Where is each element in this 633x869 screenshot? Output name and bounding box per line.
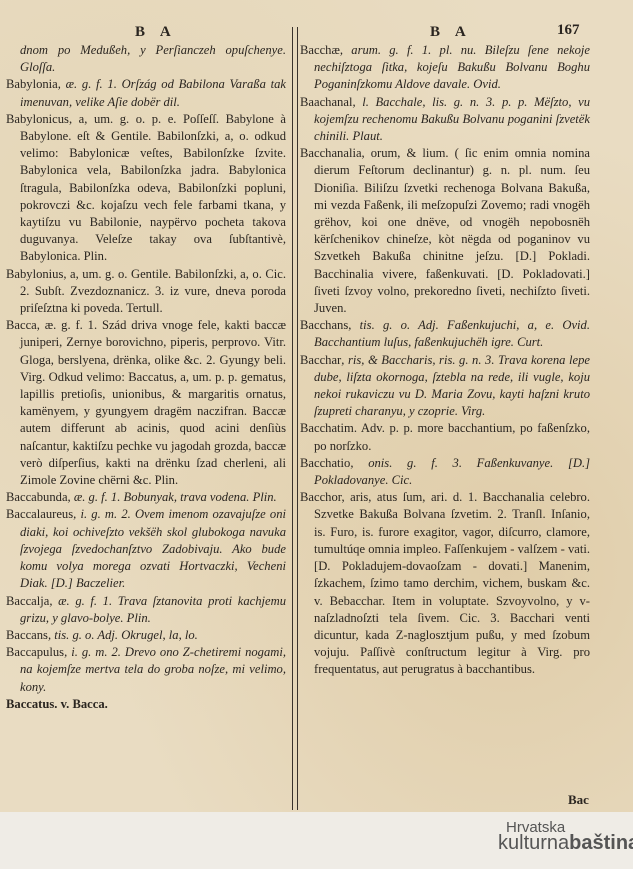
- headword: Bacchor: [300, 490, 341, 504]
- dictionary-entry: Bacchans, tis. g. o. Adj. Faßenkujuchi, …: [300, 317, 590, 351]
- dictionary-entry: Baccabunda, æ. g. f. 1. Bobunyak, trava …: [6, 489, 286, 506]
- headword: Bacchæ: [300, 43, 340, 57]
- left-column: dnom po Medußeh, y Perſianczeh opuſcheny…: [6, 42, 286, 713]
- headword: Bacchanalia: [300, 146, 362, 160]
- column-divider: [292, 27, 298, 810]
- dictionary-entry: Bacchar, ris, & Baccharis, ris. g. n. 3.…: [300, 352, 590, 421]
- headword: Babylonius: [6, 267, 63, 281]
- dictionary-entry: Baccapulus, i. g. m. 2. Drevo ono Z-chet…: [6, 644, 286, 696]
- catchword: Bac: [568, 792, 589, 808]
- headword: Bacchatim: [300, 421, 354, 435]
- dictionary-entry: Bacca, æ. g. f. 1. Szád driva vnoge fele…: [6, 317, 286, 489]
- dictionary-entry: Bacchatim. Adv. p. p. more bacchantium, …: [300, 420, 590, 454]
- headword: Bacchatio: [300, 456, 350, 470]
- running-head-left: B A: [135, 24, 177, 41]
- headword: Bacchar: [300, 353, 341, 367]
- running-head-right: B A: [430, 24, 472, 41]
- dictionary-entry: Bacchor, aris, atus ſum, ari. d. 1. Bacc…: [300, 489, 590, 678]
- headword: Bacchans: [300, 318, 348, 332]
- dictionary-entry: Baccans, tis. g. o. Adj. Okrugel, la, lo…: [6, 627, 286, 644]
- dictionary-entry: Babylonicus, a, um. g. o. p. e. Poſſeſſ.…: [6, 111, 286, 266]
- right-column: Bacchæ, arum. g. f. 1. pl. nu. Bileſzu ſ…: [300, 42, 590, 679]
- dictionary-entry: dnom po Medußeh, y Perſianczeh opuſcheny…: [6, 42, 286, 76]
- headword: Baccans: [6, 628, 48, 642]
- headword: Babylonicus: [6, 112, 69, 126]
- headword: Baccalja: [6, 594, 49, 608]
- dictionary-entry: Baachanal, l. Bacchale, lis. g. n. 3. p.…: [300, 94, 590, 146]
- headword: Baccabunda: [6, 490, 68, 504]
- headword: Baccalaureus: [6, 507, 73, 521]
- dictionary-entry: Bacchanalia, orum, & lium. ( ſic enim om…: [300, 145, 590, 317]
- dictionary-entry: Babylonius, a, um. g. o. Gentile. Babilo…: [6, 266, 286, 318]
- dictionary-entry: Baccalaureus, i. g. m. 2. Ovem imenom oz…: [6, 506, 286, 592]
- headword: Baccatus: [6, 697, 54, 711]
- headword: Bacca: [6, 318, 37, 332]
- dictionary-entry: Baccalja, æ. g. f. 1. Trava ſztanovita p…: [6, 593, 286, 627]
- dictionary-entry: Baccatus. v. Bacca.: [6, 696, 286, 713]
- page-number: 167: [557, 22, 580, 39]
- watermark-line2: kulturnabaština: [498, 833, 633, 853]
- dictionary-entry: Babylonia, æ. g. f. 1. Orſzág od Babilon…: [6, 76, 286, 110]
- scanned-page: B A B A 167 dnom po Medußeh, y Perſiancz…: [0, 0, 633, 812]
- headword: Baachanal: [300, 95, 352, 109]
- dictionary-entry: Bacchæ, arum. g. f. 1. pl. nu. Bileſzu ſ…: [300, 42, 590, 94]
- headword: Babylonia: [6, 77, 58, 91]
- watermark-logo: Hrvatska kulturnabaština: [498, 820, 633, 853]
- dictionary-entry: Bacchatio, onis. g. f. 3. Faßenkuvanye. …: [300, 455, 590, 489]
- headword: Baccapulus: [6, 645, 64, 659]
